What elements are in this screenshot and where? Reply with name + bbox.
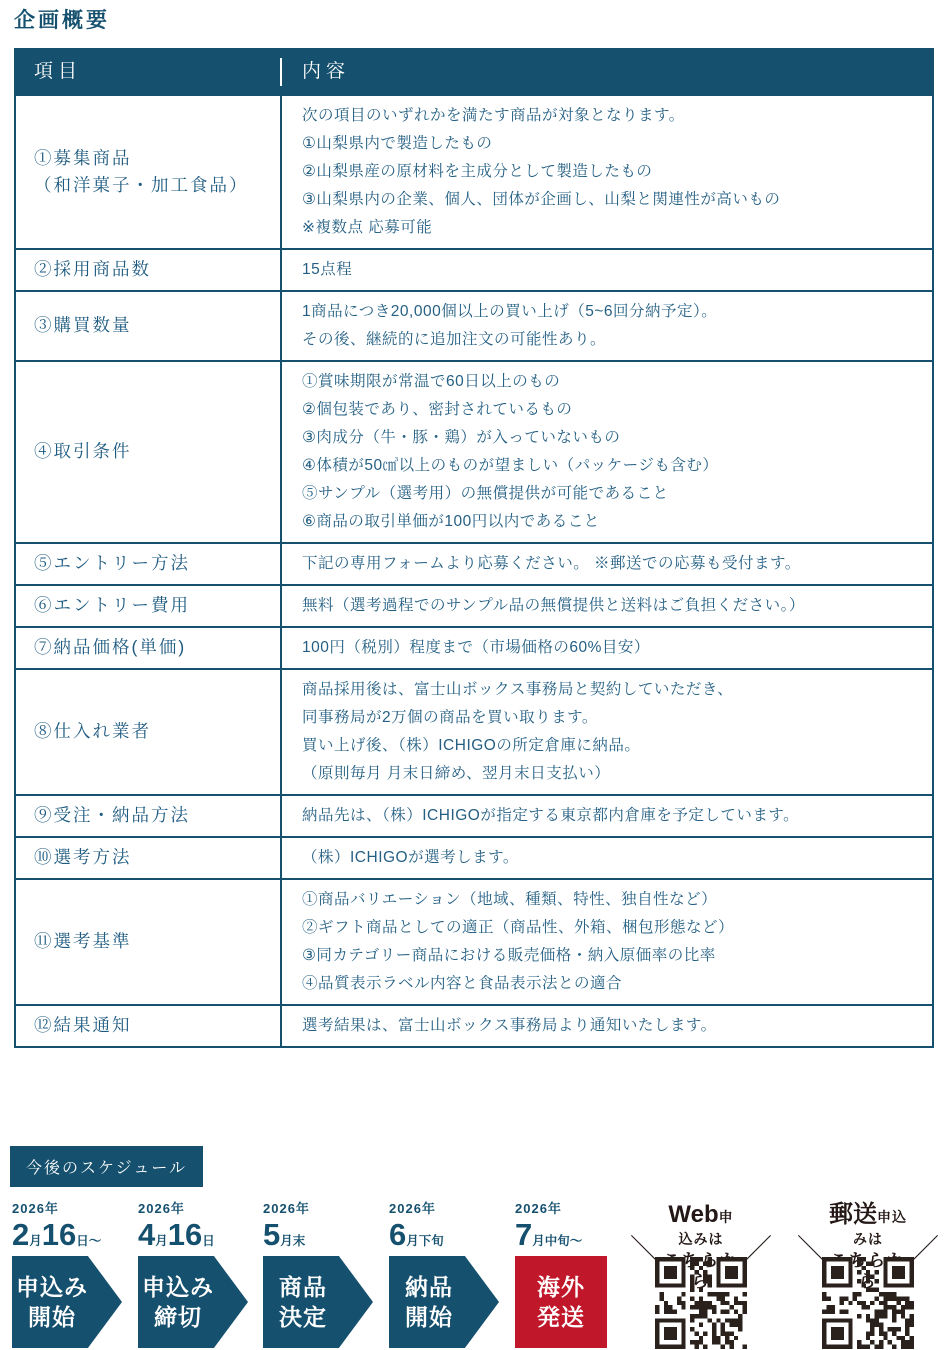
- step-name: 申込み開始: [16, 1272, 88, 1332]
- table-header-row: 項目 内容: [16, 50, 932, 94]
- step-name: 海外発送: [537, 1272, 585, 1332]
- item-cell: ②採用商品数: [16, 250, 282, 290]
- step-month: 6: [389, 1217, 406, 1252]
- step-year: 2026年: [515, 1198, 635, 1217]
- web-apply-qr-block: ＼ Web申込みは こちらから ／: [626, 1200, 776, 1293]
- table-header-item: 項目: [16, 58, 282, 86]
- content-cell: 商品採用後は、富士山ボックス事務局と契約していただき、 同事務局が2万個の商品を…: [282, 670, 932, 794]
- mail-apply-qr-block: ＼ 郵送申込みは こちらから ／: [793, 1200, 943, 1293]
- step-day-unit: 日: [202, 1234, 215, 1248]
- step-day: 16: [42, 1217, 76, 1252]
- step-name: 商品決定: [279, 1272, 327, 1332]
- step-month: 7: [515, 1217, 532, 1252]
- item-cell: ⑫結果通知: [16, 1006, 282, 1046]
- step-name: 納品開始: [405, 1272, 453, 1332]
- item-cell: ③購買数量: [16, 292, 282, 360]
- step-arrow: 申込み締切: [138, 1256, 248, 1348]
- step-month-unit: 月: [155, 1234, 168, 1248]
- item-cell: ①募集商品 （和洋菓子・加工食品）: [16, 96, 282, 248]
- step-arrow: 商品決定: [263, 1256, 373, 1348]
- table-row-selection-criteria: ⑪選考基準 ①商品バリエーション（地域、種類、特性、独自性など） ②ギフト商品と…: [16, 878, 932, 1004]
- step-month: 5: [263, 1217, 280, 1252]
- step-date: 2026年 5月末: [263, 1198, 383, 1253]
- table-row-purchase-quantity: ③購買数量 1商品につき20,000個以上の買い上げ（5~6回分納予定）。 その…: [16, 290, 932, 360]
- table-row-adopted-count: ②採用商品数 15点程: [16, 248, 932, 290]
- step-arrow: 申込み開始: [12, 1256, 122, 1348]
- content-cell: 無料（選考過程でのサンプル品の無償提供と送料はご負担ください。）: [282, 586, 932, 626]
- item-cell: ⑩選考方法: [16, 838, 282, 878]
- content-cell: 15点程: [282, 250, 932, 290]
- step-month: 2: [12, 1217, 29, 1252]
- step-date: 2026年 4月16日: [138, 1198, 258, 1253]
- step-year: 2026年: [263, 1198, 383, 1217]
- schedule-step-delivery-start: 2026年 6月下旬 納品開始: [389, 1198, 509, 1253]
- mail-apply-qr-code: [822, 1257, 914, 1349]
- table-row-entry-fee: ⑥エントリー費用 無料（選考過程でのサンプル品の無償提供と送料はご負担ください。…: [16, 584, 932, 626]
- step-date: 2026年 6月下旬: [389, 1198, 509, 1253]
- item-cell: ⑦納品価格(単価): [16, 628, 282, 668]
- content-cell: ①商品バリエーション（地域、種類、特性、独自性など） ②ギフト商品としての適正（…: [282, 880, 932, 1004]
- schedule-label: 今後のスケジュール: [10, 1146, 203, 1187]
- step-month: 4: [138, 1217, 155, 1252]
- step-day-unit: 日～: [76, 1234, 101, 1248]
- content-cell: （株）ICHIGOが選考します。: [282, 838, 932, 878]
- content-cell: 下記の専用フォームより応募ください。 ※郵送での応募も受付ます。: [282, 544, 932, 584]
- content-cell: 次の項目のいずれかを満たす商品が対象となります。 ①山梨県内で製造したもの ②山…: [282, 96, 932, 248]
- content-cell: ①賞味期限が常温で60日以上のもの ②個包装であり、密封されているもの ③肉成分…: [282, 362, 932, 542]
- step-month-unit: 月: [29, 1234, 42, 1248]
- item-cell: ⑧仕入れ業者: [16, 670, 282, 794]
- table-row-order-delivery-method: ⑨受注・納品方法 納品先は、（株）ICHIGOが指定する東京都内倉庫を予定してい…: [16, 794, 932, 836]
- step-year: 2026年: [12, 1198, 132, 1217]
- step-month-unit: 月中旬～: [532, 1234, 582, 1248]
- schedule-step-overseas-shipping: 2026年 7月中旬～ 海外発送: [515, 1198, 635, 1253]
- item-cell: ④取引条件: [16, 362, 282, 542]
- step-date: 2026年 2月16日～: [12, 1198, 132, 1253]
- table-row-recruited-products: ①募集商品 （和洋菓子・加工食品） 次の項目のいずれかを満たす商品が対象となりま…: [16, 94, 932, 248]
- schedule-step-apply-start: 2026年 2月16日～ 申込み開始: [12, 1198, 132, 1253]
- content-cell: 選考結果は、富士山ボックス事務局より通知いたします。: [282, 1006, 932, 1046]
- step-red-box: 海外発送: [515, 1256, 607, 1348]
- summary-table: 項目 内容 ①募集商品 （和洋菓子・加工食品） 次の項目のいずれかを満たす商品が…: [14, 48, 934, 1048]
- page-title: 企画概要: [14, 4, 110, 34]
- schedule-step-product-decision: 2026年 5月末 商品決定: [263, 1198, 383, 1253]
- table-row-delivery-price: ⑦納品価格(単価) 100円（税別）程度まで（市場価格の60%目安）: [16, 626, 932, 668]
- flyer-page: 企画概要 項目 内容 ①募集商品 （和洋菓子・加工食品） 次の項目のいずれかを満…: [0, 0, 948, 1350]
- step-month-unit: 月末: [280, 1234, 305, 1248]
- content-cell: 1商品につき20,000個以上の買い上げ（5~6回分納予定）。 その後、継続的に…: [282, 292, 932, 360]
- step-year: 2026年: [389, 1198, 509, 1217]
- step-arrow: 納品開始: [389, 1256, 499, 1348]
- table-row-entry-method: ⑤エントリー方法 下記の専用フォームより応募ください。 ※郵送での応募も受付ます…: [16, 542, 932, 584]
- step-name: 申込み締切: [142, 1272, 214, 1332]
- step-date: 2026年 7月中旬～: [515, 1198, 635, 1253]
- item-cell: ⑨受注・納品方法: [16, 796, 282, 836]
- table-row-supplier: ⑧仕入れ業者 商品採用後は、富士山ボックス事務局と契約していただき、 同事務局が…: [16, 668, 932, 794]
- schedule-step-apply-deadline: 2026年 4月16日 申込み締切: [138, 1198, 258, 1253]
- step-year: 2026年: [138, 1198, 258, 1217]
- content-cell: 納品先は、（株）ICHIGOが指定する東京都内倉庫を予定しています。: [282, 796, 932, 836]
- step-month-unit: 月下旬: [406, 1234, 444, 1248]
- item-cell: ⑪選考基準: [16, 880, 282, 1004]
- item-cell: ⑤エントリー方法: [16, 544, 282, 584]
- content-cell: 100円（税別）程度まで（市場価格の60%目安）: [282, 628, 932, 668]
- table-row-result-notice: ⑫結果通知 選考結果は、富士山ボックス事務局より通知いたします。: [16, 1004, 932, 1046]
- table-header-content: 内容: [282, 58, 350, 86]
- table-row-selection-method: ⑩選考方法 （株）ICHIGOが選考します。: [16, 836, 932, 878]
- item-cell: ⑥エントリー費用: [16, 586, 282, 626]
- web-apply-qr-code: [655, 1257, 747, 1349]
- table-row-trade-conditions: ④取引条件 ①賞味期限が常温で60日以上のもの ②個包装であり、密封されているも…: [16, 360, 932, 542]
- step-day: 16: [168, 1217, 202, 1252]
